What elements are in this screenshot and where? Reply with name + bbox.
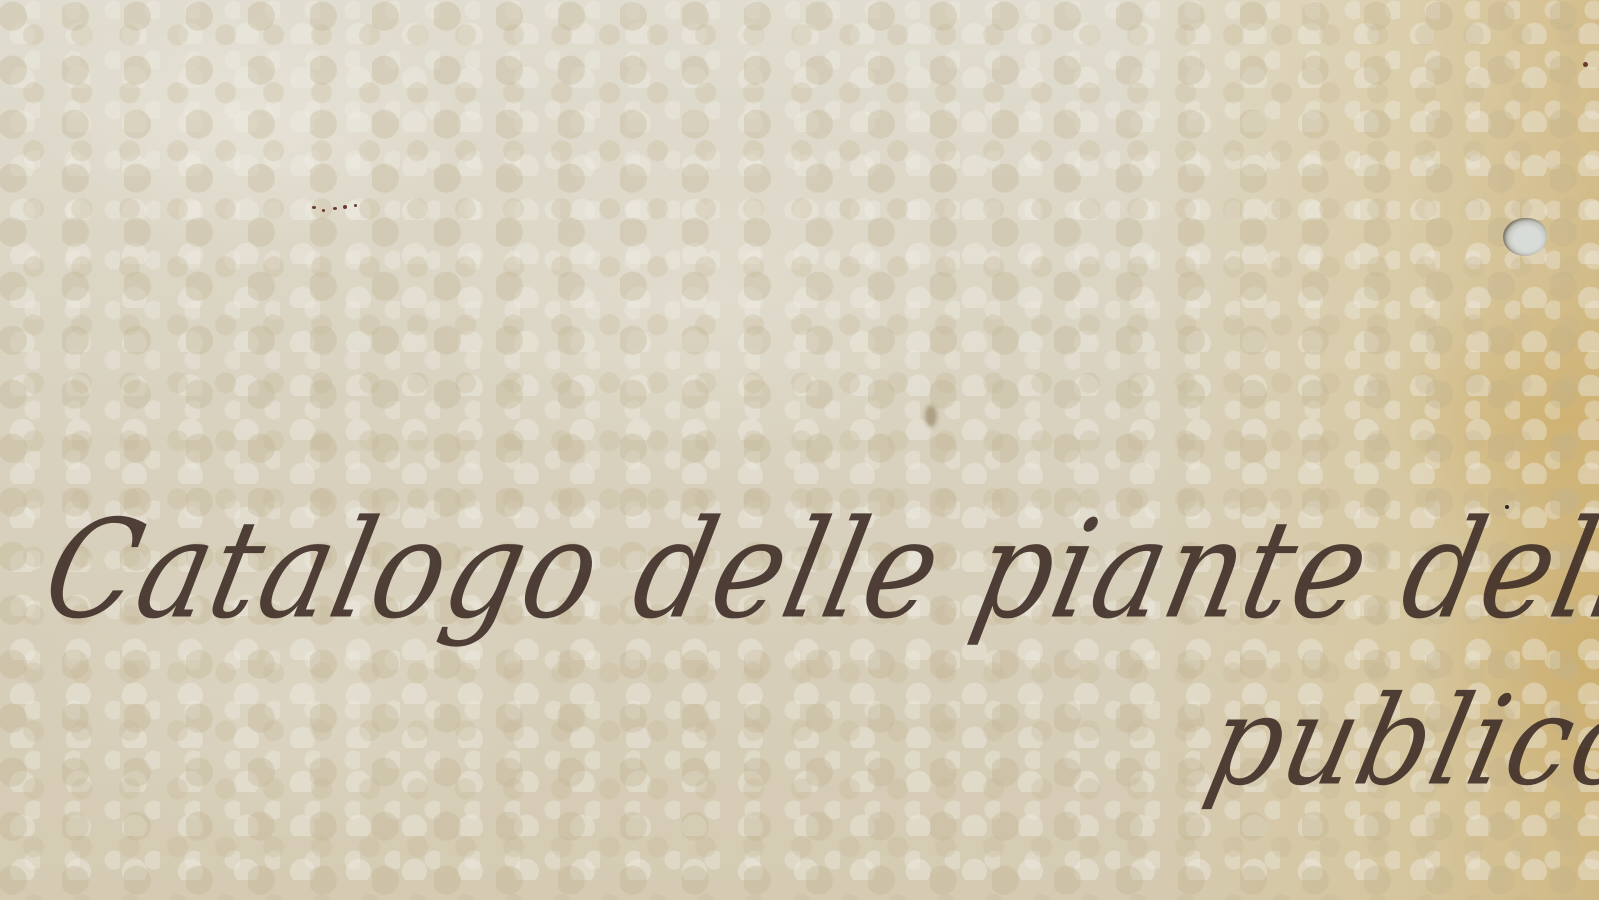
parchment-hole	[1503, 218, 1547, 256]
red-ink-speck	[354, 204, 357, 207]
inscription-line-2: publico	[1196, 670, 1599, 813]
red-ink-speck	[333, 207, 337, 210]
red-ink-speck	[312, 206, 316, 209]
red-ink-speck	[343, 205, 347, 209]
red-ink-speck	[322, 209, 325, 212]
red-ink-speck	[1583, 62, 1588, 67]
ink-stain	[925, 405, 937, 427]
inscription-line-1: Catalogo delle piante dell'horto	[32, 490, 1599, 649]
